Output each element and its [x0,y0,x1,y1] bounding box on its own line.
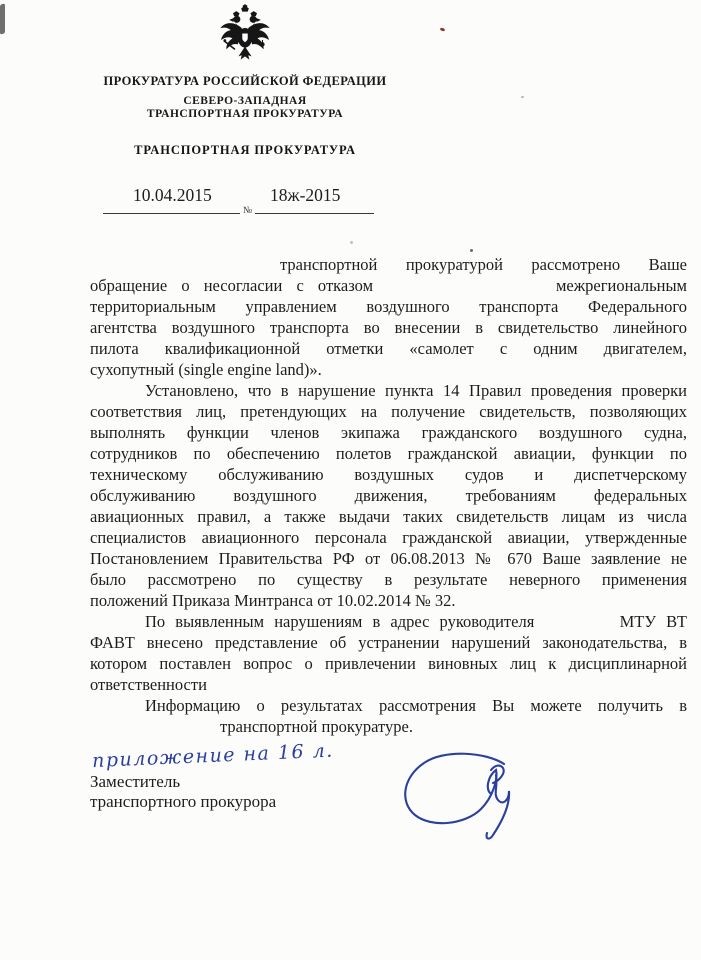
org-name-region-line1: СЕВЕРО-ЗАПАДНАЯ [95,95,395,108]
body-line: транспортной прокуратуре. [90,716,687,737]
body-line: Установлено, что в нарушение пункта 14 П… [90,380,687,401]
letter-body: транспортной прокуратурой рассмотрено Ва… [90,254,687,737]
body-line-redacted-gap: По выявленным нарушениям в адрес руковод… [90,611,687,632]
coat-of-arms-icon [217,4,273,64]
handwritten-attachment-note: приложение на 16 л. [92,738,373,772]
letter-date: 10.04.2015 [133,185,212,206]
body-line: пилота квалификационной отметки «самолет… [90,338,687,359]
letter-number: 18ж-2015 [270,185,340,206]
body-line: котором поставлен вопрос о привлечении в… [90,653,687,674]
body-line: Информацию о результатах рассмотрения Вы… [90,695,687,716]
date-underline [103,213,240,214]
body-line: соответствия лиц, претендующих на получе… [90,401,687,422]
body-line: техническому обслуживанию воздушных судо… [90,464,687,485]
body-line: агентства воздушного транспорта во внесе… [90,317,687,338]
body-line: территориальным управлением воздушного т… [90,296,687,317]
office-title: ТРАНСПОРТНАЯ ПРОКУРАТУРА [95,143,395,158]
body-line: обслуживанию воздушного движения, требов… [90,485,687,506]
body-line: ответственности [90,674,687,695]
scanned-letter-page: ПРОКУРАТУРА РОССИЙСКОЙ ФЕДЕРАЦИИ СЕВЕРО-… [0,0,701,960]
signer-title-line: транспортного прокурора [90,792,276,812]
letterhead: ПРОКУРАТУРА РОССИЙСКОЙ ФЕДЕРАЦИИ СЕВЕРО-… [95,2,395,158]
body-line: ФАВТ внесено представление об устранении… [90,632,687,653]
org-name-federation: ПРОКУРАТУРА РОССИЙСКОЙ ФЕДЕРАЦИИ [95,74,395,89]
body-line: выполнять функции членов экипажа граждан… [90,422,687,443]
body-line-segment: По выявленным нарушениям в адрес руковод… [145,611,534,632]
scan-artifact-speck [521,96,524,98]
body-line: сотрудников по обеспечению полетов гражд… [90,443,687,464]
number-sign: № [243,206,252,216]
scan-artifact-speck [440,27,446,32]
body-line: Постановлением Правительства РФ от 06.08… [90,548,687,569]
scan-artifact-edge [0,3,5,35]
signer-title: Заместитель транспортного прокурора [90,772,276,811]
body-line: сухопутный (single engine land)». [90,359,687,380]
body-line: авиационных правил, а также выдачи таких… [90,506,687,527]
body-line-segment: МТУ ВТ [620,611,687,632]
body-line-segment: обращение о несогласии с отказом [90,275,373,296]
body-line: положений Приказа Минтранса от 10.02.201… [90,590,687,611]
date-number-block: 10.04.2015 18ж-2015 № [103,185,583,225]
body-line: было рассмотрено по существу в результат… [90,569,687,590]
signer-title-line: Заместитель [90,772,276,792]
body-line-redacted-gap: обращение о несогласии с отказом межреги… [90,275,687,296]
body-line: транспортной прокуратурой рассмотрено Ва… [90,254,687,275]
org-name-region-line2: ТРАНСПОРТНАЯ ПРОКУРАТУРА [95,108,395,121]
number-underline [255,213,374,214]
body-line-segment: межрегиональным [556,275,687,296]
body-line: специалистов авиационного персонала граж… [90,527,687,548]
scan-artifact-speck [470,249,473,252]
signature-icon [398,746,523,846]
scan-artifact-speck [350,241,353,244]
